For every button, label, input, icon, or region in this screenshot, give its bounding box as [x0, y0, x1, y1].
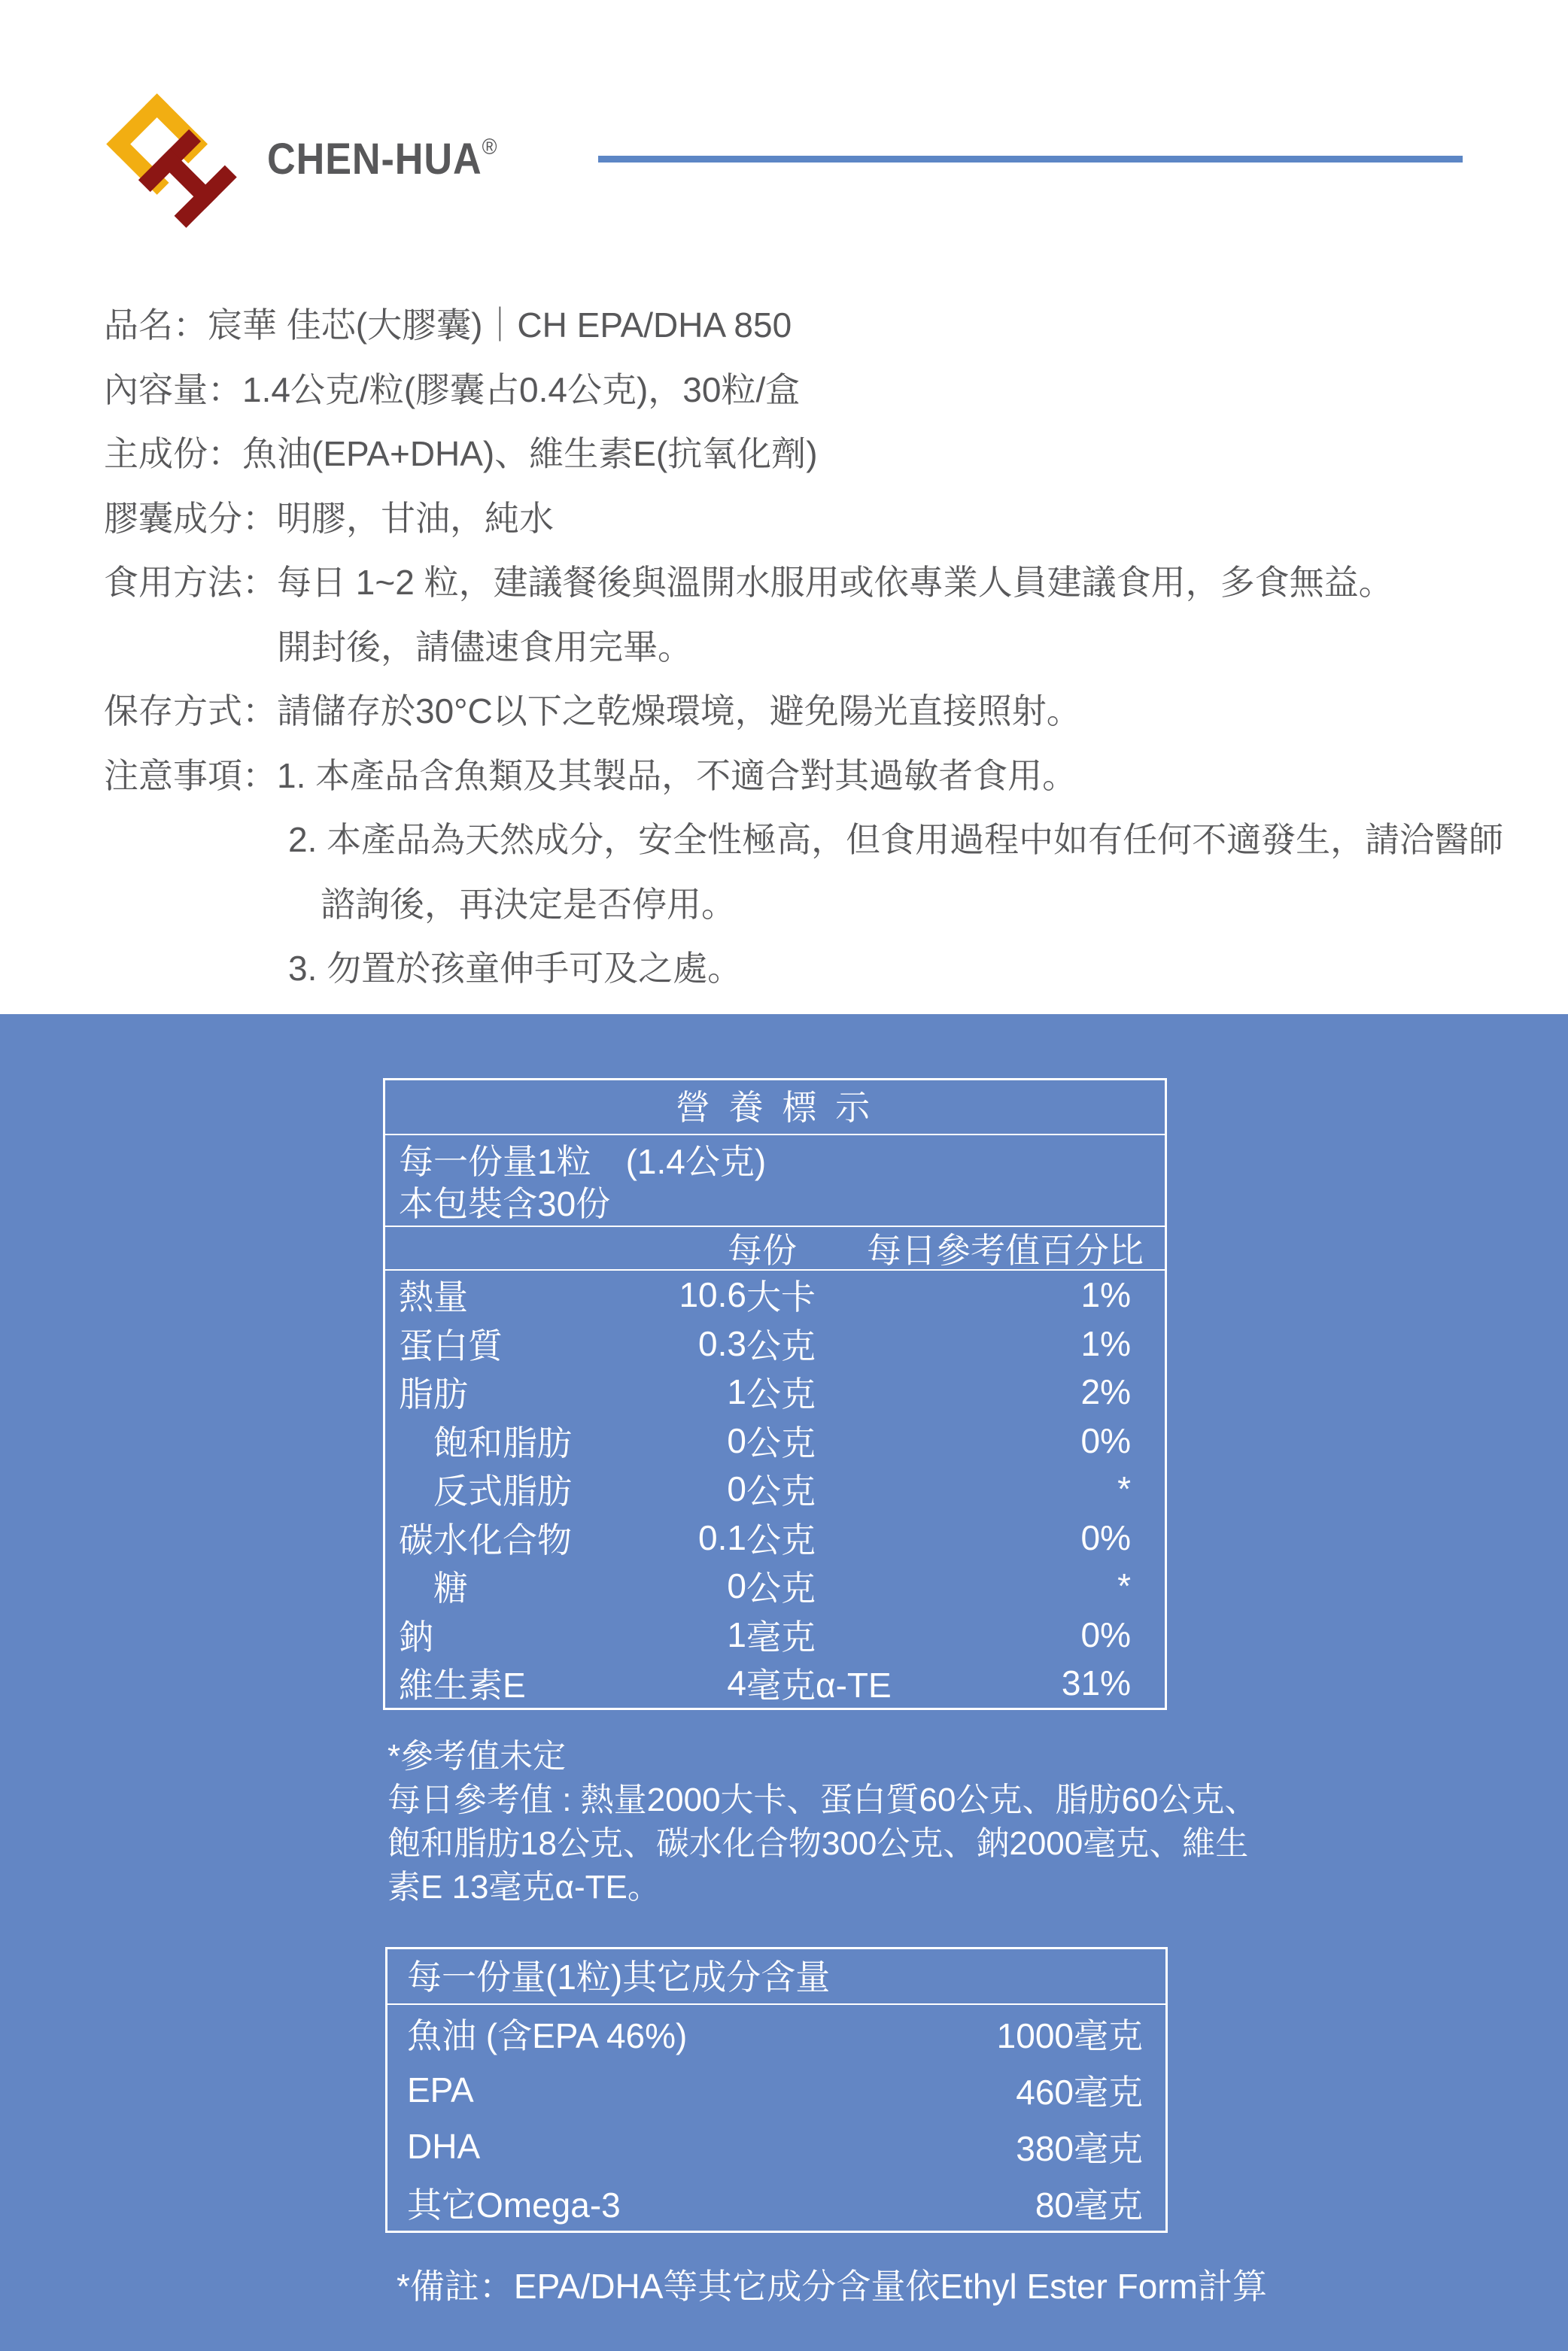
daily-reference-line-1: 每日參考值 : 熱量2000大卡、蛋白質60公克、脂肪60公克、 [387, 1778, 1147, 1822]
daily-reference-line-2: 飽和脂肪18公克、碳水化合物300公克、鈉2000毫克、維生 [387, 1822, 1147, 1866]
main-ingredients-line: 主成份：魚油(EPA+DHA)、維生素E(抗氧化劑) [104, 422, 1508, 487]
other-ingredients-table: 每一份量(1粒)其它成分含量 魚油 (含EPA 46%) 1000毫克 EPA … [385, 1947, 1168, 2233]
nutrition-table: 營 養 標 示 每一份量1粒 (1.4公克) 本包裝含30份 每份 每日參考值百… [383, 1078, 1167, 1710]
registered-trademark-symbol: ® [482, 135, 498, 159]
logo-red-h-shape [138, 129, 237, 228]
nutrition-row-calories: 熱量10.6大卡1% [385, 1271, 1165, 1320]
usage-line-continued: 開封後，請儘速食用完畢。 [277, 615, 1508, 680]
nutrition-row-fat: 脂肪1公克2% [385, 1368, 1165, 1417]
chen-hua-logo-icon [96, 89, 243, 229]
caution-line-2: 2. 本產品為天然成分，安全性極高，但食用過程中如有任何不適發生，請洽醫師 [288, 808, 1508, 873]
product-name-line: 品名：宸華 佳芯(大膠囊)｜CH EPA/DHA 850 [104, 293, 1508, 358]
nutrition-panel: 營 養 標 示 每一份量1粒 (1.4公克) 本包裝含30份 每份 每日參考值百… [0, 1014, 1568, 2351]
nutrition-row-saturated-fat: 飽和脂肪0公克0% [385, 1417, 1165, 1466]
nutrition-row-sugar: 糖0公克* [385, 1562, 1165, 1611]
content-amount-line: 內容量：1.4公克/粒(膠囊占0.4公克)，30粒/盒 [104, 358, 1508, 423]
nutrition-row-vitamin-e: 維生素E4毫克α-TE31% [385, 1659, 1165, 1708]
servings-per-pack-line: 本包裝含30份 [399, 1183, 1165, 1225]
brand-name-text: CHEN-HUA [267, 135, 482, 184]
brand-name: CHEN-HUA® [267, 134, 497, 184]
remark-line: *備註：EPA/DHA等其它成分含量依Ethyl Ester Form計算 [397, 2259, 1267, 2309]
nutrition-row-protein: 蛋白質0.3公克1% [385, 1320, 1165, 1368]
nutrition-row-carbohydrate: 碳水化合物0.1公克0% [385, 1514, 1165, 1563]
header-accent-line [598, 156, 1463, 163]
caution-line-3: 3. 勿置於孩童伸手可及之處。 [288, 937, 1508, 1001]
caution-line-2-continued: 諮詢後，再決定是否停用。 [321, 873, 1508, 937]
other-row-dha: DHA 380毫克 [387, 2118, 1165, 2174]
serving-size-line: 每一份量1粒 (1.4公克) [399, 1141, 1165, 1183]
brand-header: CHEN-HUA® [96, 87, 1463, 230]
serving-info: 每一份量1粒 (1.4公克) 本包裝含30份 [385, 1135, 1165, 1227]
col-header-per-serving: 每份 [728, 1223, 797, 1273]
storage-line: 保存方式：請儲存於30°C以下之乾燥環境，避免陽光直接照射。 [104, 679, 1508, 744]
caution-line-1: 注意事項：1. 本產品含魚類及其製品，不適合對其過敏者食用。 [104, 744, 1508, 809]
nutrition-row-sodium: 鈉1毫克0% [385, 1611, 1165, 1660]
nutrition-table-title: 營 養 標 示 [385, 1080, 1165, 1135]
product-label-page: CHEN-HUA® 品名：宸華 佳芯(大膠囊)｜CH EPA/DHA 850 內… [0, 0, 1568, 2351]
nutrition-row-trans-fat: 反式脂肪0公克* [385, 1465, 1165, 1514]
usage-line: 食用方法：每日 1~2 粒，建議餐後與溫開水服用或依專業人員建議食用，多食無益。 [104, 551, 1508, 615]
reference-footnote: *參考值未定 每日參考值 : 熱量2000大卡、蛋白質60公克、脂肪60公克、 … [387, 1735, 1147, 1909]
other-row-fish-oil: 魚油 (含EPA 46%) 1000毫克 [387, 2005, 1165, 2061]
nutrition-rows: 熱量10.6大卡1% 蛋白質0.3公克1% 脂肪1公克2% 飽和脂肪0公克0% … [385, 1271, 1165, 1708]
col-header-daily-percent: 每日參考值百分比 [867, 1223, 1165, 1273]
other-row-omega3: 其它Omega-3 80毫克 [387, 2174, 1165, 2231]
product-info: 品名：宸華 佳芯(大膠囊)｜CH EPA/DHA 850 內容量：1.4公克/粒… [104, 293, 1508, 1001]
other-ingredients-title: 每一份量(1粒)其它成分含量 [387, 1949, 1165, 2005]
nutrition-column-headers: 每份 每日參考值百分比 [385, 1227, 1165, 1271]
capsule-ingredients-line: 膠囊成分：明膠，甘油，純水 [104, 487, 1508, 551]
other-row-epa: EPA 460毫克 [387, 2061, 1165, 2118]
daily-reference-line-3: 素E 13毫克α-TE。 [387, 1866, 1147, 1909]
reference-undetermined-line: *參考值未定 [387, 1735, 1147, 1778]
